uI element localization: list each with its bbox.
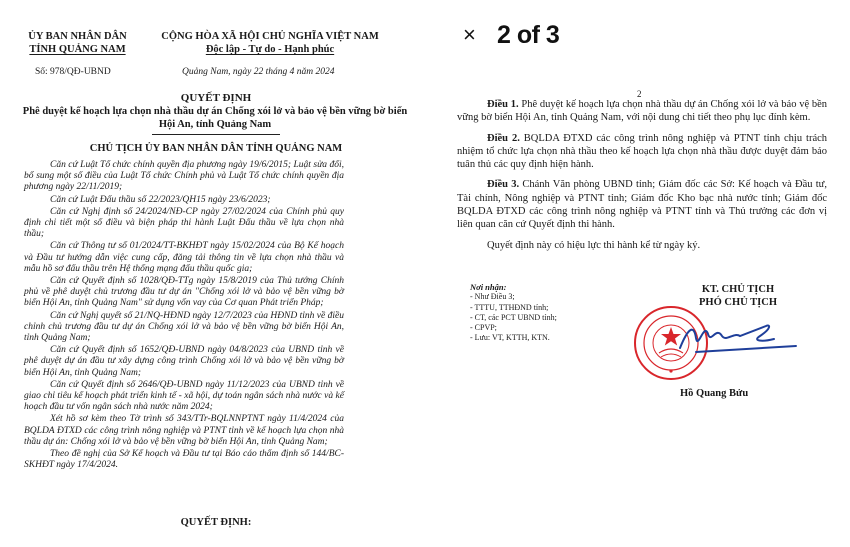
document-page-2 [432, 0, 850, 547]
recipient-item: - Như Điều 3; [470, 292, 557, 302]
articles: Điều 1. Phê duyệt kế hoạch lựa chọn nhà … [457, 98, 827, 259]
preamble-paragraph: Theo đề nghị của Sở Kế hoạch và Đầu tư t… [24, 449, 344, 471]
document-number: Số: 978/QĐ-UBND [35, 67, 111, 77]
document-page-1: ỦY BAN NHÂN DÂN TỈNH QUẢNG NAM CỘNG HÒA … [0, 0, 432, 547]
preamble-paragraph: Căn cứ Thông tư số 01/2024/TT-BKHĐT ngày… [24, 241, 344, 275]
document-title: QUYẾT ĐỊNH [0, 92, 432, 104]
preamble-paragraph: Căn cứ Quyết định số 1028/QĐ-TTg ngày 15… [24, 276, 344, 310]
authority-heading: CHỦ TỊCH ỦY BAN NHÂN DÂN TỈNH QUẢNG NAM [0, 143, 432, 154]
close-button[interactable]: × [463, 22, 476, 48]
signer-name: Hồ Quang Bửu [680, 388, 748, 399]
page-indicator: 2 of 3 [497, 21, 559, 49]
effective-clause: Quyết định này có hiệu lực thi hành kể t… [457, 239, 827, 252]
document-subtitle: Phê duyệt kế hoạch lựa chọn nhà thầu dự … [20, 105, 410, 131]
issuer-block: ỦY BAN NHÂN DÂN TỈNH QUẢNG NAM [20, 30, 135, 56]
divider [152, 134, 280, 135]
signatory-title-line-1: KT. CHỦ TỊCH [658, 283, 818, 296]
article-2: Điều 2. BQLDA ĐTXD các công trình nông n… [457, 132, 827, 172]
recipient-item: - Lưu: VT, KTTH, KTN. [470, 333, 557, 343]
nation-motto: Độc lập - Tự do - Hạnh phúc [135, 43, 405, 56]
article-label: Điều 2. [487, 133, 520, 144]
preamble-paragraph: Căn cứ Quyết định số 1652/QĐ-UBND ngày 0… [24, 345, 344, 379]
issuer-line-2: TỈNH QUẢNG NAM [20, 43, 135, 56]
issuer-line-1: ỦY BAN NHÂN DÂN [20, 30, 135, 43]
close-icon[interactable]: × [463, 22, 476, 47]
recipient-item: - CPVP; [470, 323, 557, 333]
national-motto-block: CỘNG HÒA XÃ HỘI CHỦ NGHĨA VIỆT NAM Độc l… [135, 30, 405, 56]
preamble-paragraph: Căn cứ Luật Tổ chức chính quyền địa phươ… [24, 160, 344, 194]
preamble: Căn cứ Luật Tổ chức chính quyền địa phươ… [24, 160, 344, 472]
preamble-paragraph: Căn cứ Nghị quyết số 21/NQ-HĐND ngày 12/… [24, 311, 344, 345]
preamble-paragraph: Căn cứ Luật Đấu thầu số 22/2023/QH15 ngà… [24, 195, 344, 206]
preamble-paragraph: Căn cứ Nghị định số 24/2024/NĐ-CP ngày 2… [24, 207, 344, 241]
recipient-item: - CT, các PCT UBND tỉnh; [470, 313, 557, 323]
recipients-block: Nơi nhận: - Như Điều 3; - TTTU, TTHĐND t… [470, 282, 557, 344]
article-3: Điều 3. Chánh Văn phòng UBND tỉnh; Giám … [457, 178, 827, 231]
nation-title: CỘNG HÒA XÃ HỘI CHỦ NGHĨA VIỆT NAM [135, 30, 405, 43]
document-date: Quảng Nam, ngày 22 tháng 4 năm 2024 [182, 67, 335, 77]
decision-heading: QUYẾT ĐỊNH: [0, 517, 432, 528]
article-label: Điều 3. [487, 179, 519, 190]
preamble-paragraph: Căn cứ Quyết định số 2646/QĐ-UBND ngày 1… [24, 380, 344, 414]
article-label: Điều 1. [487, 99, 519, 110]
recipients-heading: Nơi nhận: [470, 282, 557, 292]
signature-icon [678, 318, 798, 358]
recipient-item: - TTTU, TTHĐND tỉnh; [470, 303, 557, 313]
article-1: Điều 1. Phê duyệt kế hoạch lựa chọn nhà … [457, 98, 827, 125]
preamble-paragraph: Xét hồ sơ kèm theo Tờ trình số 343/TTr-B… [24, 414, 344, 448]
